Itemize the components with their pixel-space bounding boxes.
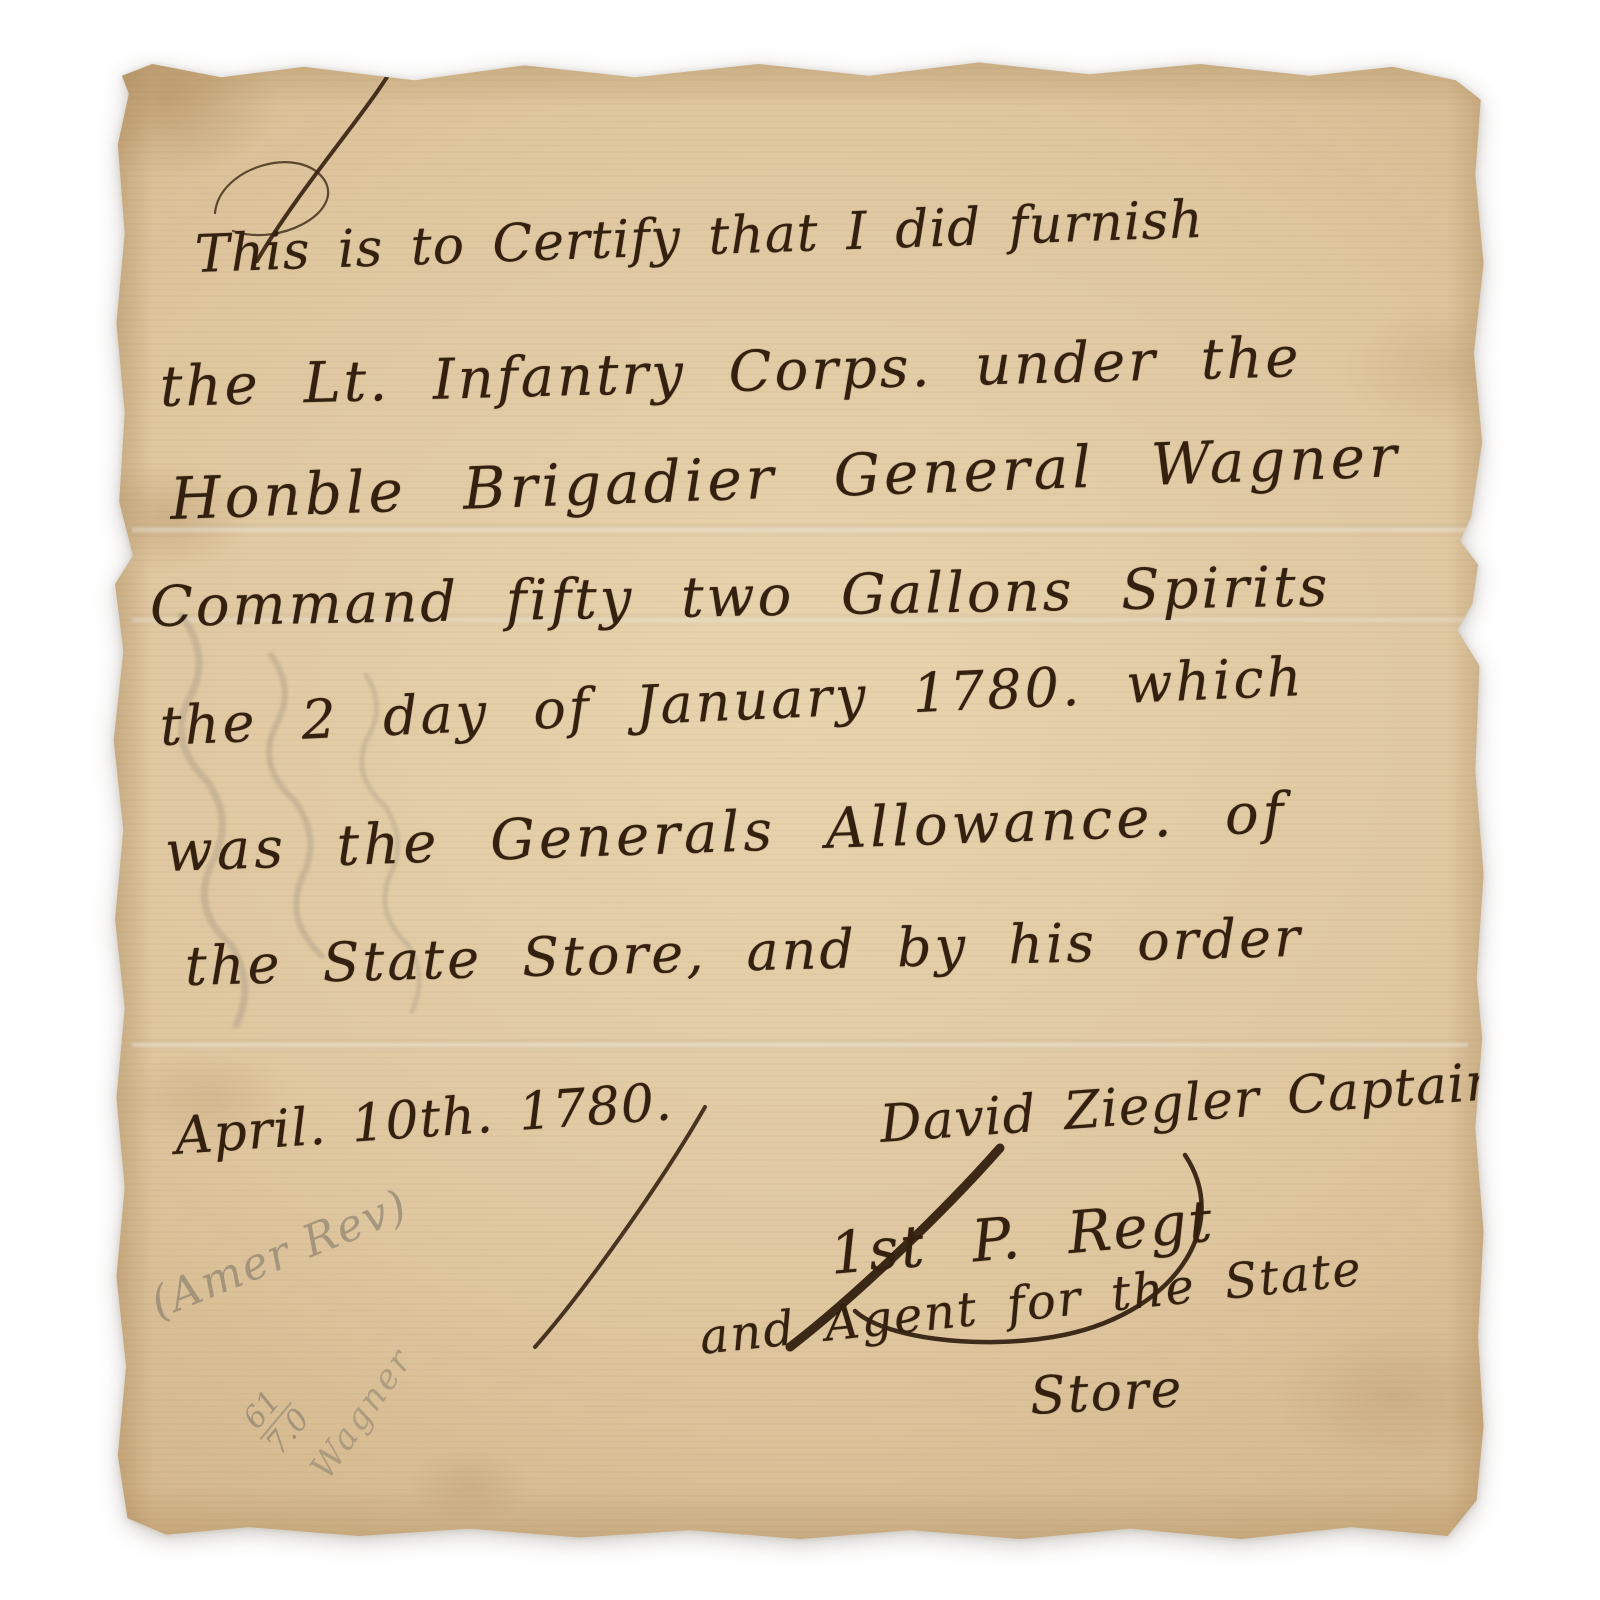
manuscript-line: This is to Certify that I did furnish bbox=[194, 190, 1205, 285]
manuscript-line: Command fifty two Gallons Spirits bbox=[149, 554, 1330, 640]
signature-agent-line-2: Store bbox=[1028, 1359, 1184, 1427]
manuscript-line: Honble Brigadier General Wagner bbox=[169, 422, 1402, 533]
fold-crease-lower bbox=[132, 1040, 1469, 1049]
manuscript-line: was the Generals Allowance. of bbox=[164, 781, 1289, 885]
pencil-code-fraction: 61 7.0 bbox=[236, 1382, 317, 1461]
manuscript-paper-wrap: This is to Certify that I did furnish th… bbox=[111, 55, 1489, 1545]
manuscript-line: the State Store, and by his order bbox=[184, 906, 1303, 998]
date-line: April. 10th. 1780. bbox=[173, 1072, 674, 1167]
signature-name-line: David Ziegler Captain bbox=[878, 1052, 1502, 1155]
manuscript-line: the 2 day of January 1780. which bbox=[159, 645, 1306, 758]
pencil-scrawl: Wagner bbox=[303, 1340, 422, 1486]
photograph-background: This is to Certify that I did furnish th… bbox=[0, 0, 1600, 1600]
pencil-collection-note: (Amer Rev) bbox=[143, 1180, 415, 1330]
manuscript-paper: This is to Certify that I did furnish th… bbox=[111, 55, 1489, 1545]
manuscript-line: the Lt. Infantry Corps. under the bbox=[159, 325, 1302, 420]
